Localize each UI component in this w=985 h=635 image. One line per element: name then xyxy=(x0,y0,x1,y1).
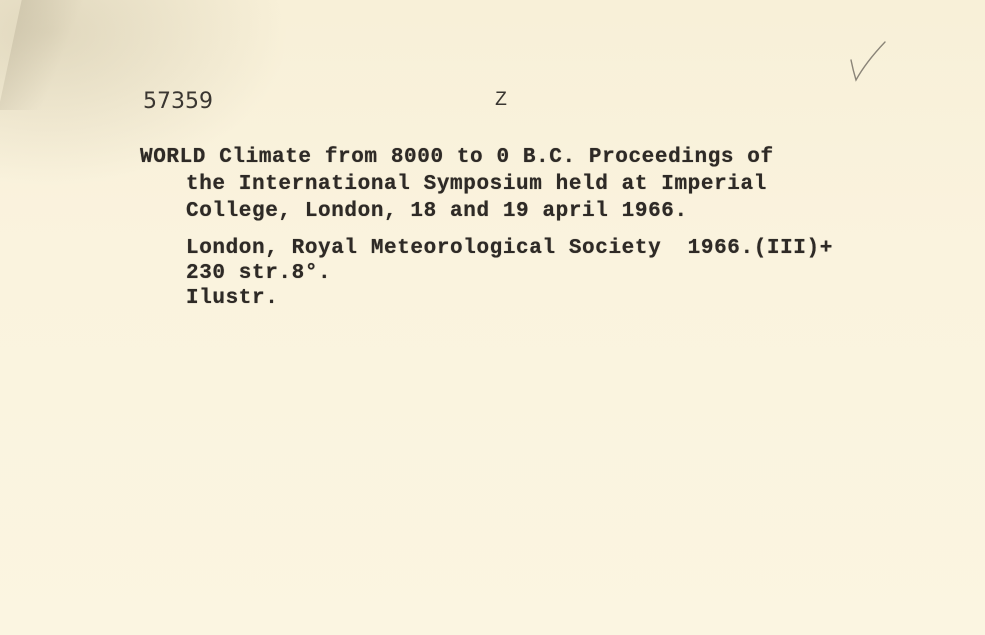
catalog-card: 57359 Z WORLD Climate from 8000 to 0 B.C… xyxy=(0,0,985,635)
title-line-1: WORLD Climate from 8000 to 0 B.C. Procee… xyxy=(140,147,774,168)
paper-smudge xyxy=(0,0,92,110)
check-mark-icon xyxy=(848,40,888,84)
title-line-2: the International Symposium held at Impe… xyxy=(186,174,767,195)
accession-number: 57359 xyxy=(143,91,213,113)
title-line-3: College, London, 18 and 19 april 1966. xyxy=(186,201,688,222)
extent-line: 230 str.8°. xyxy=(186,263,331,284)
illustration-note: Ilustr. xyxy=(186,288,278,309)
class-mark: Z xyxy=(495,91,508,111)
publication-line: London, Royal Meteorological Society 196… xyxy=(186,238,833,259)
